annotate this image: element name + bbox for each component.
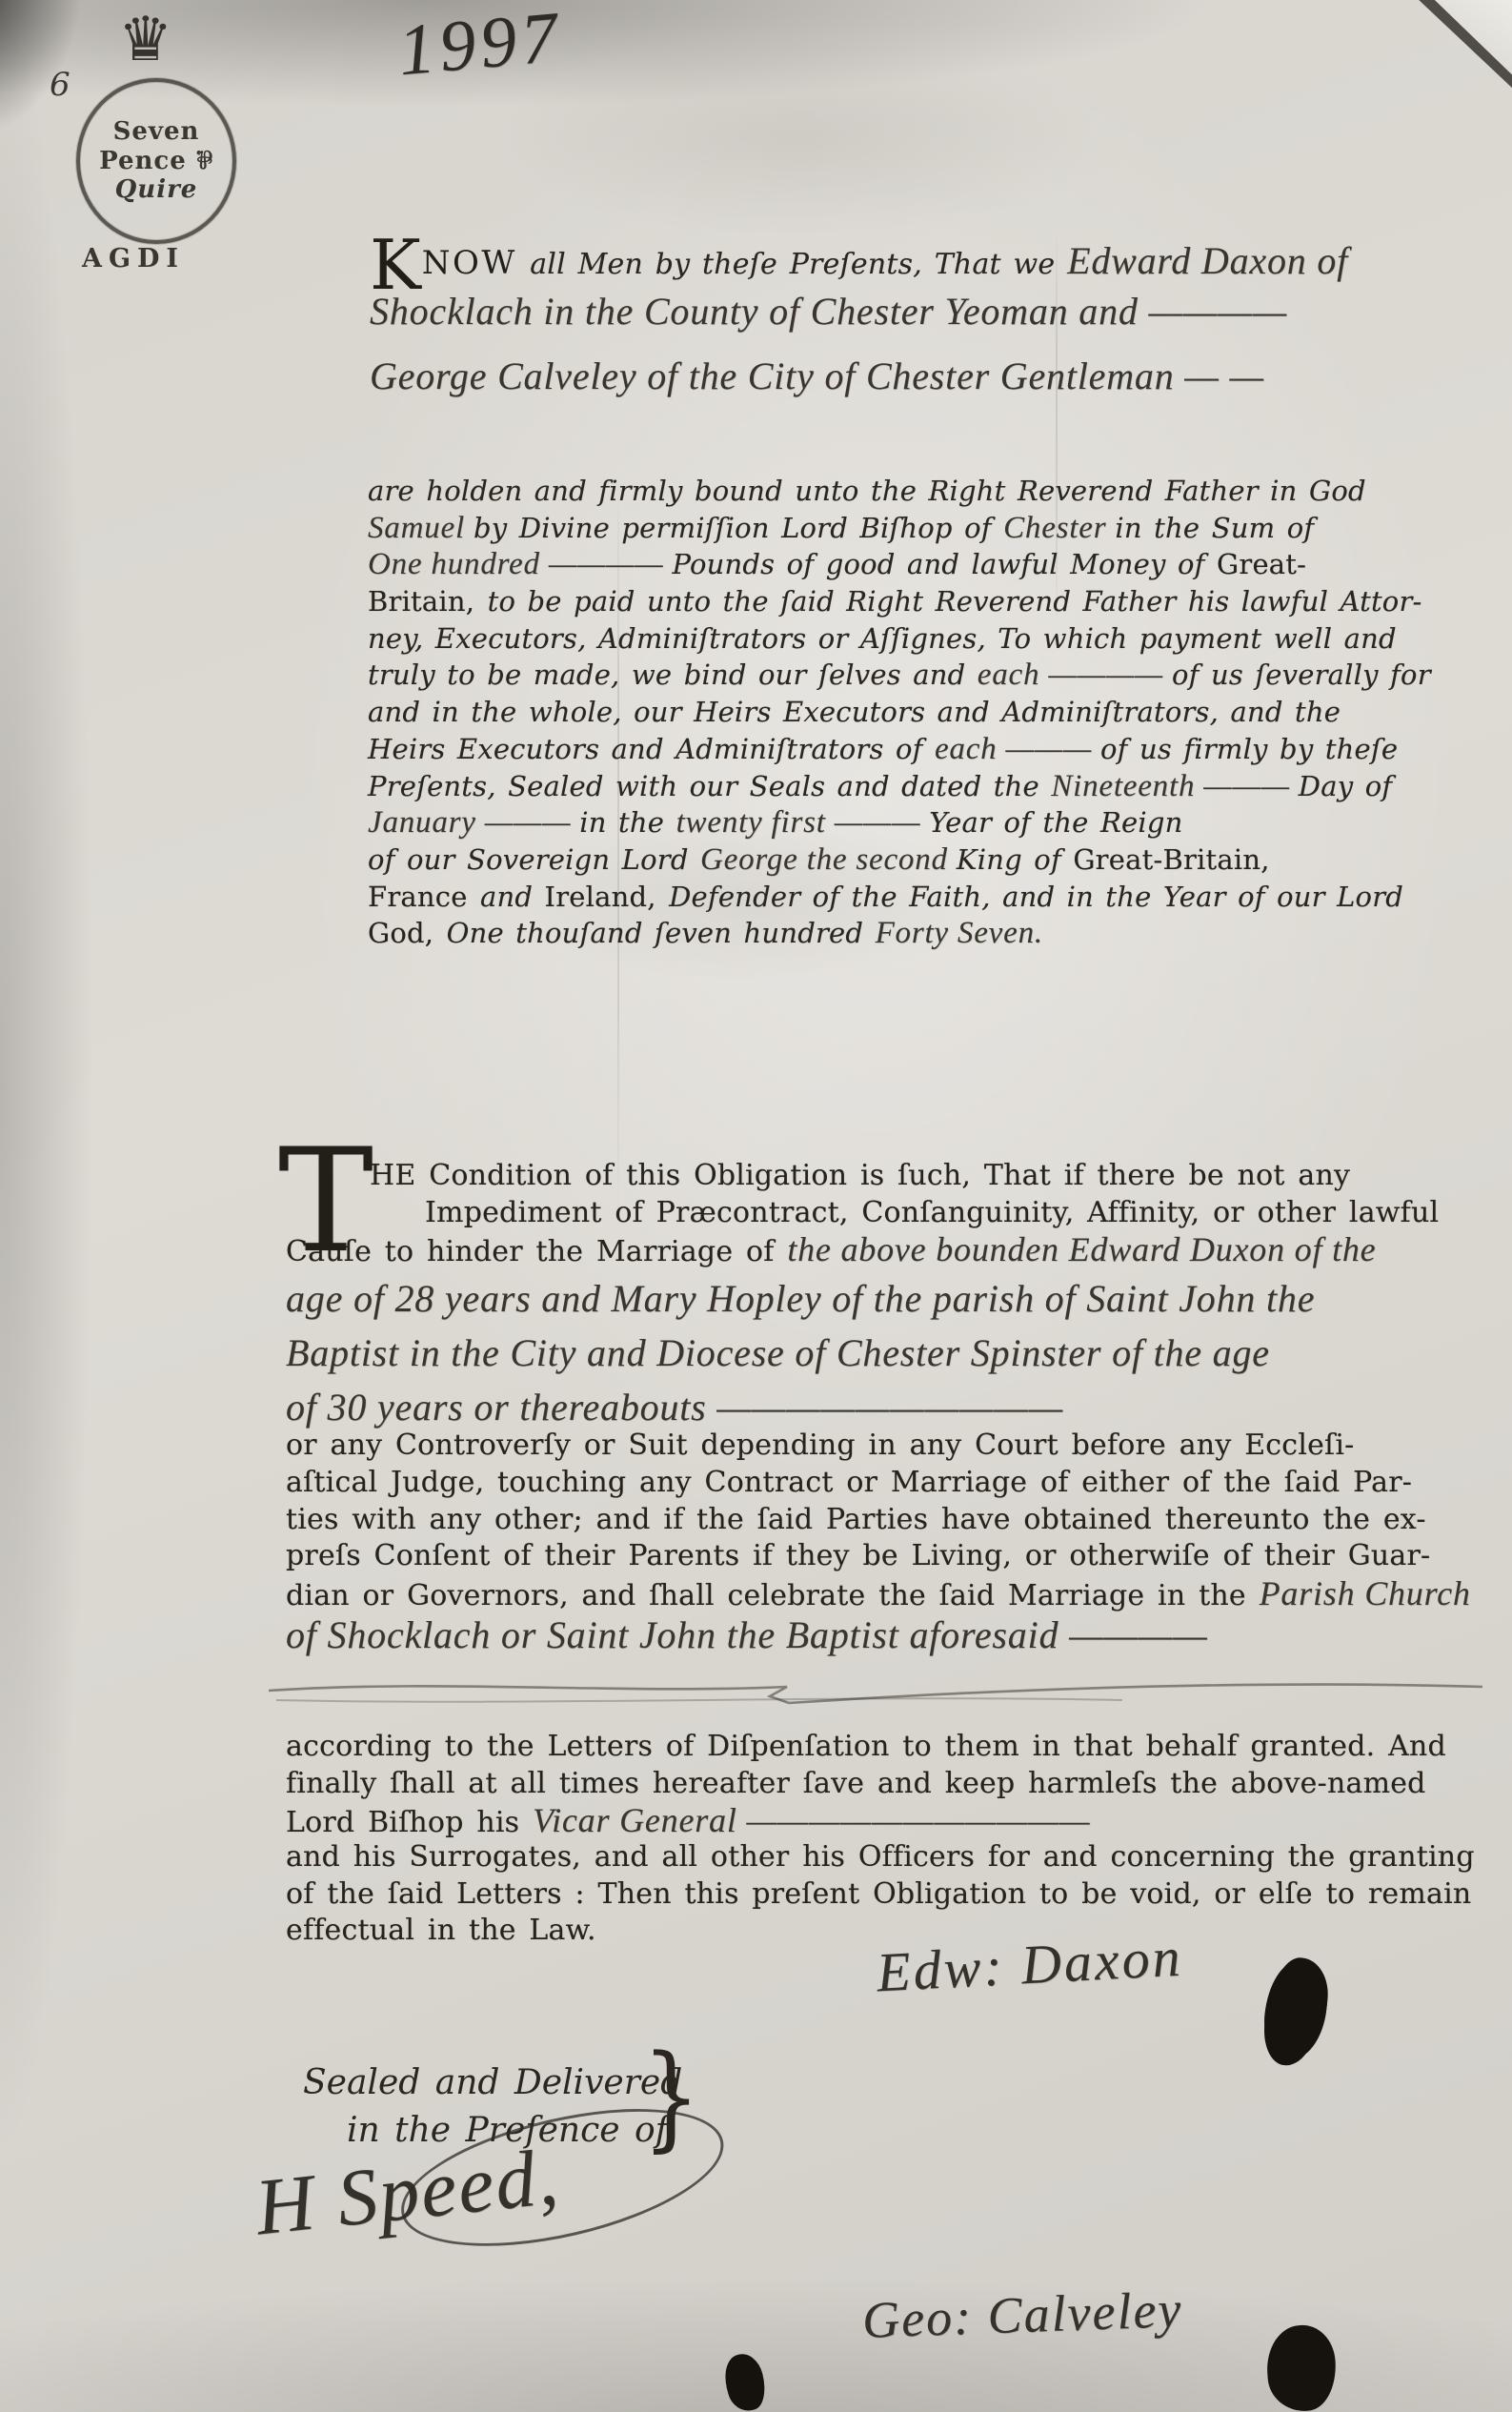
text-line: France and Ireland, Defender of the Fait…: [368, 881, 1431, 918]
signature-witness-h-speed: H Speed,: [252, 2131, 564, 2255]
text-line: age of 28 years and Mary Hopley of the p…: [286, 1279, 1471, 1333]
printed-text: of the ſaid Letters : Then this preſent …: [286, 1877, 1471, 1911]
handwritten-text: Edward Daxon of: [1067, 239, 1348, 282]
printed-text: are holden and firmly bound unto the Rig…: [368, 475, 1366, 507]
text-line: of Shocklach or Saint John the Baptist a…: [286, 1615, 1471, 1670]
handwritten-text: Samuel: [368, 511, 474, 545]
handwritten-text: of Shocklach or Saint John the Baptist a…: [286, 1613, 1208, 1656]
paper-smudge: [495, 38, 1105, 238]
printed-text: of us firmly by theſe: [1100, 733, 1398, 765]
dropcap-T: T: [278, 1130, 373, 1273]
handwritten-text: of 30 years or thereabouts ——————————: [286, 1386, 1063, 1429]
text-line: ney, Executors, Adminiſtrators or Aſſign…: [368, 622, 1431, 659]
text-line: finally ſhall at all times hereafter ſav…: [286, 1767, 1475, 1804]
text-line: One hundred ———— Pounds of good and lawf…: [368, 548, 1431, 585]
handwritten-text: Shocklach in the County of Chester Yeoma…: [370, 290, 1287, 333]
document-page: 6 ♛ Seven Pence ⅌ Quire AGDI 1997 KNOW a…: [0, 0, 1512, 2412]
printed-text: ties with any other; and if the ſaid Par…: [286, 1503, 1426, 1536]
printed-text: Day of: [1299, 770, 1393, 802]
dispensation-paragraph: according to the Letters of Diſpenſation…: [286, 1730, 1475, 1951]
printed-text: God,: [368, 917, 447, 949]
printed-text: Great-Britain,: [1073, 843, 1269, 876]
handwritten-text: George the second: [700, 842, 957, 877]
printed-text: and: [480, 881, 545, 913]
bond-paragraph: are holden and firmly bound unto the Rig…: [368, 475, 1431, 954]
text-line: George Calveley of the City of Chester G…: [370, 356, 1348, 421]
printed-text: France: [368, 881, 480, 913]
printed-text: truly to be made, we bind our ſelves and: [368, 659, 978, 691]
printed-text: of us ſeverally for: [1172, 659, 1431, 691]
text-line: of the ſaid Letters : Then this preſent …: [286, 1877, 1475, 1915]
printed-text: Ireland,: [545, 881, 670, 913]
revenue-stamp: 6 ♛ Seven Pence ⅌ Quire AGDI: [48, 17, 276, 274]
printed-text: or any Controverſy or Suit depending in …: [286, 1429, 1355, 1462]
handwritten-text: Chester: [1003, 511, 1115, 545]
wax-seal: [1264, 2323, 1339, 2412]
printed-text: NOW: [422, 244, 530, 282]
stamp-text: Pence ⅌: [99, 147, 213, 176]
text-line: Lord Biſhop his Vicar General ——————————…: [286, 1803, 1475, 1840]
handwritten-text: each ————: [978, 658, 1172, 692]
stamp-circle: Seven Pence ⅌ Quire: [76, 78, 236, 244]
printed-text: preſs Conſent of their Parents if they b…: [286, 1539, 1430, 1572]
fold-paper: [1413, 0, 1512, 93]
printed-text: Lord Biſhop his: [286, 1806, 533, 1839]
printed-text: Britain,: [368, 585, 488, 618]
printed-text: aſtical Judge, touching any Contract or …: [286, 1466, 1412, 1499]
printed-text: Heirs Executors and Adminiſtrators of: [368, 733, 935, 765]
printed-text: finally ſhall at all times hereafter ſav…: [286, 1767, 1426, 1800]
printed-text: of our Sovereign Lord: [368, 843, 700, 876]
text-line: or any Controverſy or Suit depending in …: [286, 1429, 1471, 1466]
printed-text: by Divine permiſſion Lord Biſhop of: [474, 512, 1003, 544]
folded-corner: [1413, 0, 1512, 93]
printed-text: HE Condition of this Obligation is ſuch,…: [370, 1159, 1350, 1192]
stamp-code: AGDI: [82, 246, 185, 272]
printed-text: according to the Letters of Diſpenſation…: [286, 1730, 1446, 1763]
printed-text: and in the whole, our Heirs Executors an…: [368, 696, 1341, 728]
printed-text: One thouſand ſeven hundred: [447, 917, 876, 949]
text-line: God, One thouſand ſeven hundred Forty Se…: [368, 917, 1431, 954]
printed-text: Pounds of good and lawful Money of: [672, 548, 1217, 580]
flourish-line: [265, 1666, 1489, 1712]
printed-text: ney, Executors, Adminiſtrators or Aſſign…: [368, 622, 1397, 655]
printed-text: Defender of the Faith, and in the Year o…: [669, 881, 1403, 913]
printed-text: King of: [957, 843, 1073, 876]
printed-text: and his Surrogates, and all other his Of…: [286, 1840, 1475, 1874]
text-line: Heirs Executors and Adminiſtrators of ea…: [368, 733, 1431, 770]
text-line: Baptist in the City and Diocese of Chest…: [286, 1333, 1471, 1388]
printed-text: in the: [579, 806, 675, 839]
handwritten-text: age of 28 years and Mary Hopley of the p…: [286, 1277, 1315, 1320]
handwritten-text: Forty Seven.: [876, 916, 1043, 950]
printed-text: all Men by theſe Preſents, That we: [530, 248, 1067, 281]
text-line: truly to be made, we bind our ſelves and…: [368, 659, 1431, 696]
text-line: ties with any other; and if the ſaid Par…: [286, 1503, 1471, 1540]
text-line: KNOW all Men by theſe Preſents, That we …: [370, 231, 1348, 292]
text-line: according to the Letters of Diſpenſation…: [286, 1730, 1475, 1767]
handwritten-text: twenty first ———: [676, 805, 930, 840]
stamp-text: Seven: [113, 117, 200, 147]
text-line: Samuel by Divine permiſſion Lord Biſhop …: [368, 512, 1431, 549]
stamp-price: 6: [50, 69, 71, 101]
signature-george-calveley: Geo: Calveley: [861, 2280, 1183, 2350]
handwritten-text: Parish Church: [1260, 1574, 1471, 1612]
text-line: are holden and firmly bound unto the Rig…: [368, 475, 1431, 512]
handwritten-text: Baptist in the City and Diocese of Chest…: [286, 1331, 1270, 1374]
opening-paragraph: KNOW all Men by theſe Preſents, That we …: [370, 231, 1348, 421]
text-line: HE Condition of this Obligation is ſuch,…: [286, 1159, 1471, 1196]
printed-text: Year of the Reign: [929, 806, 1182, 839]
printed-text: Impediment of Præcontract, Conſanguinity…: [425, 1196, 1439, 1229]
printed-text: in the Sum of: [1115, 512, 1314, 544]
handwritten-text: January ———: [368, 805, 579, 840]
text-line: preſs Conſent of their Parents if they b…: [286, 1539, 1471, 1576]
handwritten-text: the above bounden Edward Duxon of the: [787, 1230, 1376, 1268]
text-line: dian or Governors, and ſhall celebrate t…: [286, 1576, 1471, 1615]
document-number: 1997: [395, 1, 565, 88]
text-line: Impediment of Præcontract, Conſanguinity…: [286, 1196, 1471, 1233]
printed-text: effectual in the Law.: [286, 1914, 596, 1947]
text-line: and his Surrogates, and all other his Of…: [286, 1840, 1475, 1877]
text-line: Britain, to be paid unto the ſaid Right …: [368, 585, 1431, 622]
witness-label: Sealed and Delivered: [303, 2066, 682, 2100]
text-line: aſtical Judge, touching any Contract or …: [286, 1466, 1471, 1503]
handwritten-text: Nineteenth ———: [1051, 769, 1298, 803]
handwritten-text: George Calveley of the City of Chester G…: [370, 355, 1264, 397]
crown-icon: ♛: [118, 10, 172, 71]
text-line: of our Sovereign Lord George the second …: [368, 843, 1431, 881]
text-line: Shocklach in the County of Chester Yeoma…: [370, 292, 1348, 356]
printed-text: Preſents, Sealed with our Seals and date…: [368, 770, 1051, 802]
text-line: Preſents, Sealed with our Seals and date…: [368, 770, 1431, 807]
ink-blot: [719, 2350, 770, 2412]
handwritten-text: Vicar General ———————————: [533, 1801, 1090, 1839]
handwritten-text: One hundred ————: [368, 547, 672, 581]
wax-seal: [1260, 1958, 1332, 2063]
text-line: Cauſe to hinder the Marriage of the abov…: [286, 1232, 1471, 1279]
text-line: of 30 years or thereabouts ——————————: [286, 1388, 1471, 1429]
printed-text: Great-: [1217, 548, 1306, 580]
handwritten-text: each ———: [935, 732, 1100, 766]
condition-paragraph: T HE Condition of this Obligation is ſuc…: [286, 1159, 1471, 1670]
text-line: and in the whole, our Heirs Executors an…: [368, 696, 1431, 733]
printed-text: dian or Governors, and ſhall celebrate t…: [286, 1579, 1260, 1612]
text-line: January ——— in the twenty first ——— Year…: [368, 806, 1431, 843]
printed-text: to be paid unto the ſaid Right Reverend …: [488, 585, 1422, 618]
stamp-text: Quire: [115, 175, 198, 205]
